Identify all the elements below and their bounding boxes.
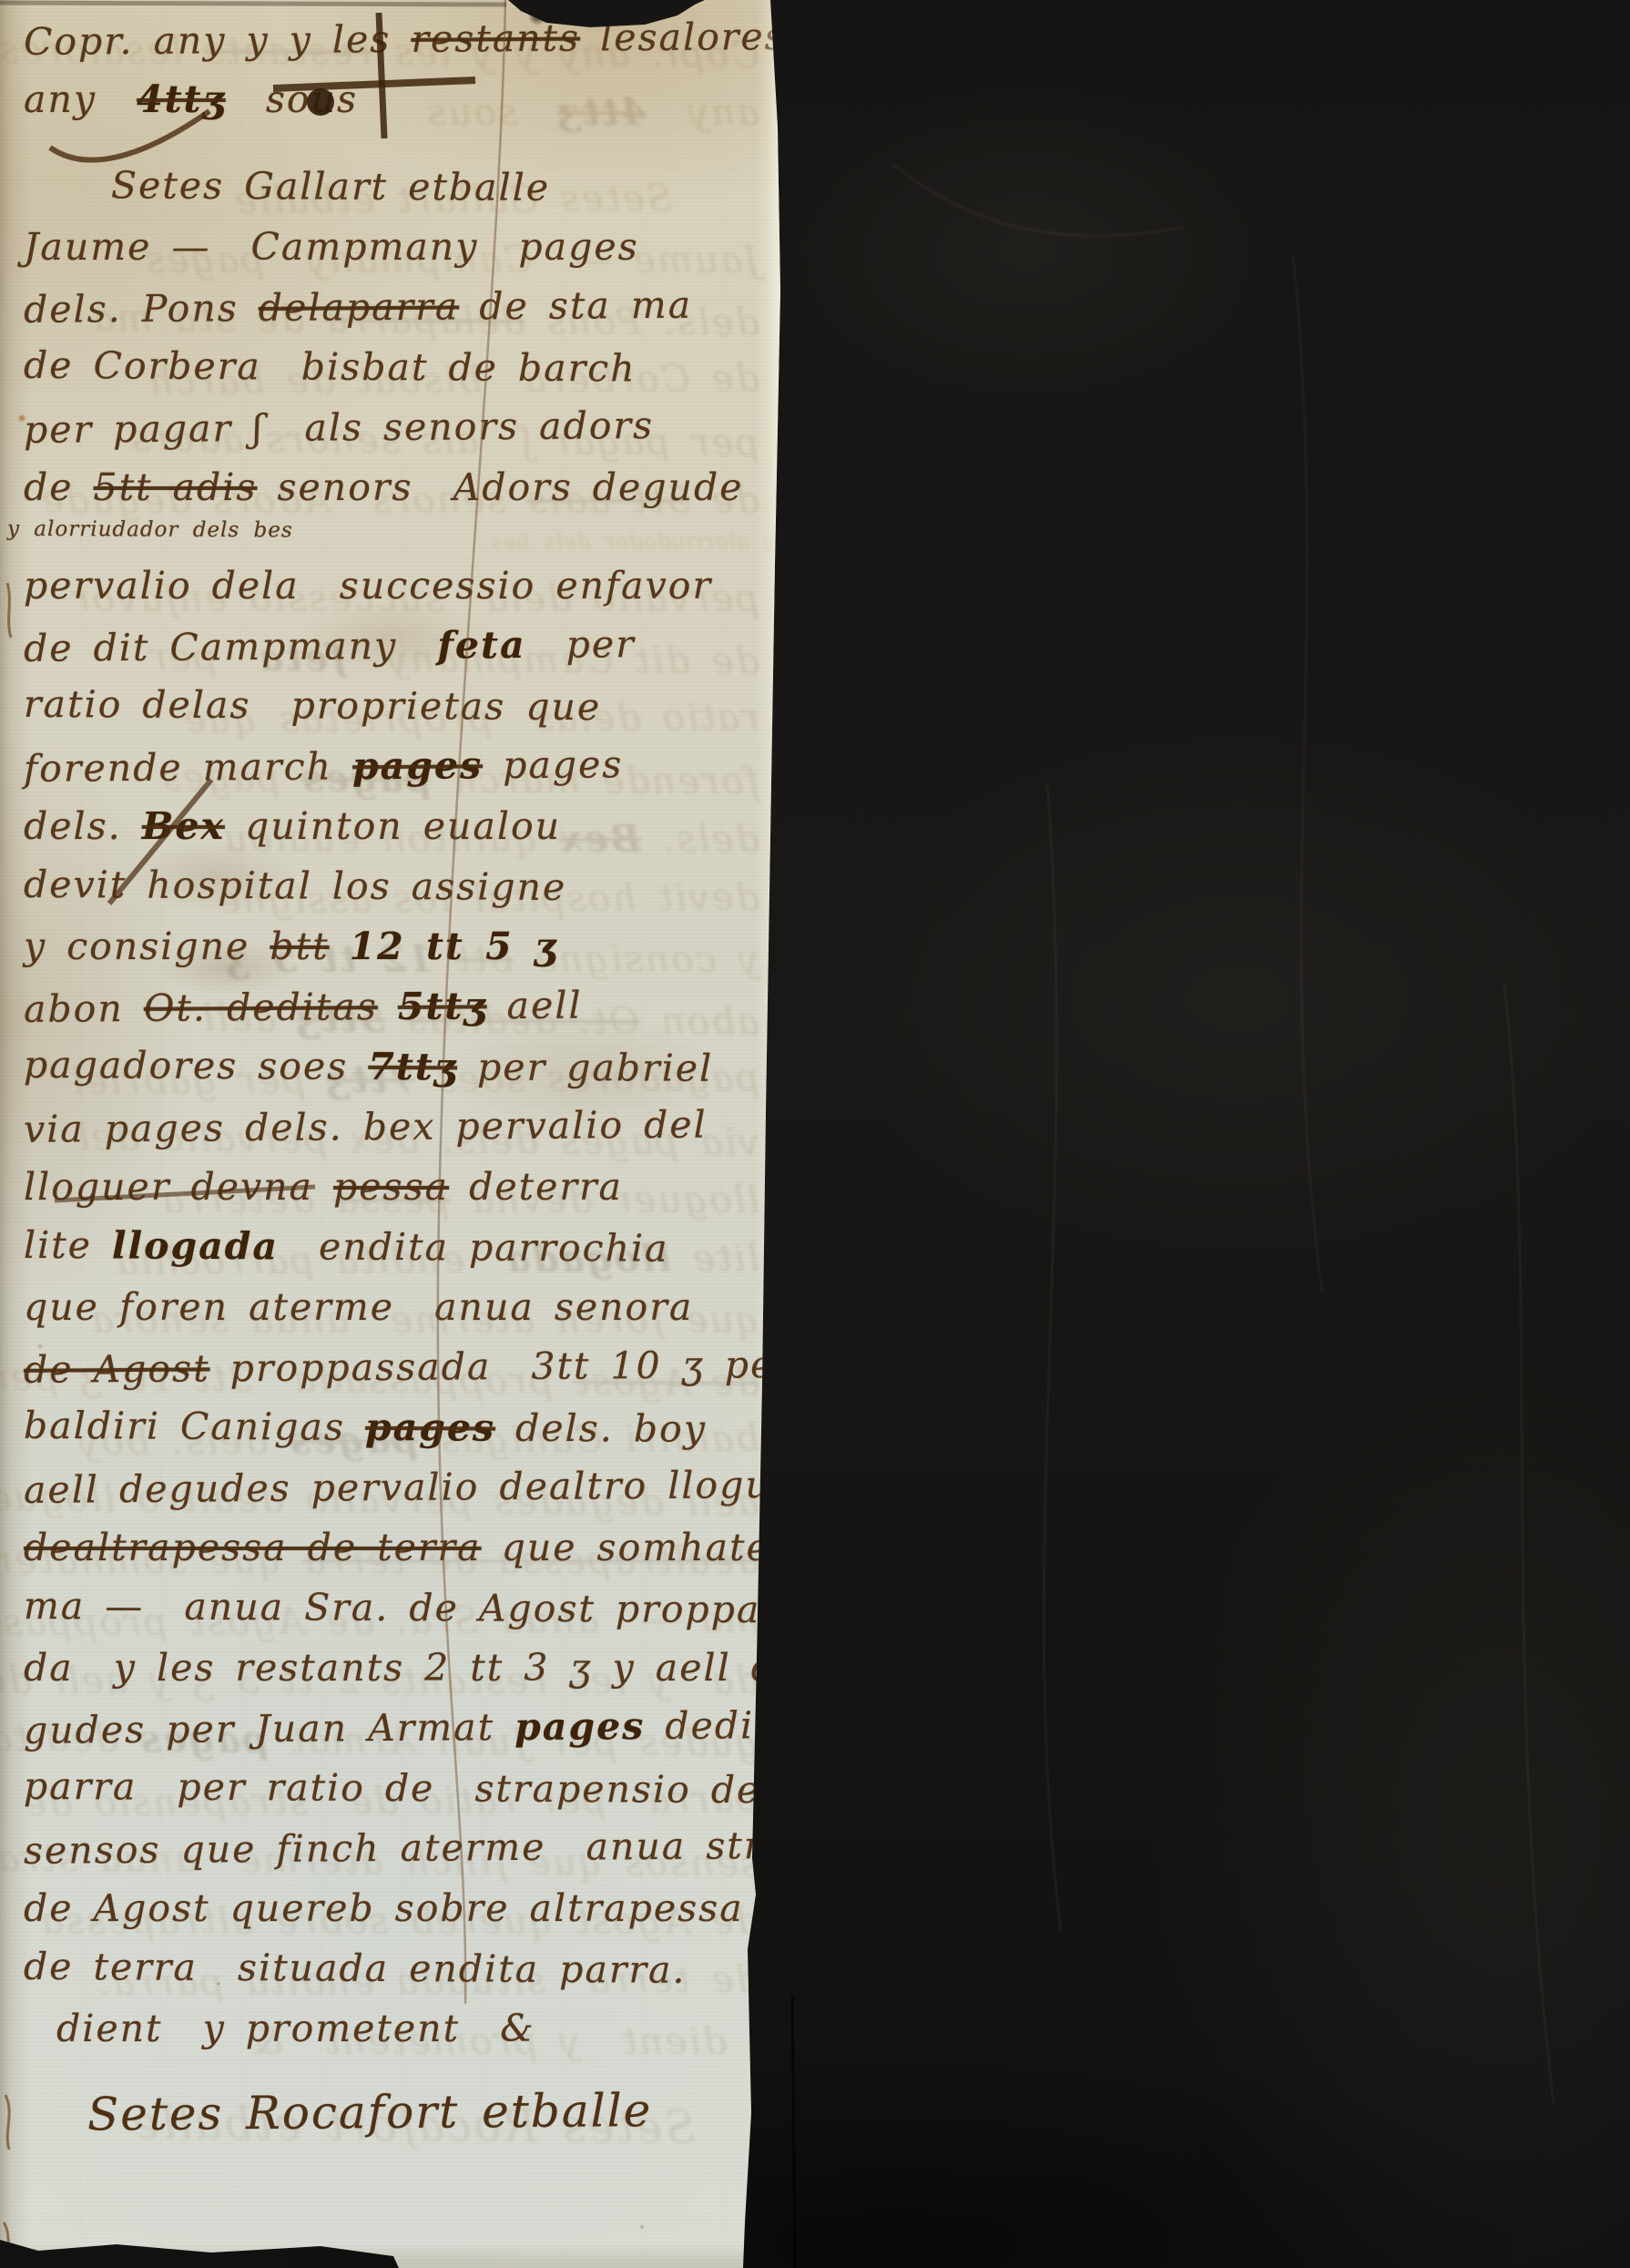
text-segment: 5tt adis <box>94 465 258 509</box>
text-segment: de terra situada endita parra. <box>24 1945 687 1992</box>
manuscript-line: y consigne btt 12 tt 5 ʒ <box>0 916 783 976</box>
manuscript-line: que foren aterme anua senora <box>0 1277 783 1337</box>
text-segment: proppassada 3tt 10 ʒ per <box>209 1343 794 1390</box>
text-segment: per gabriel <box>457 1045 713 1089</box>
text-segment: ratio delas proprietas que <box>24 682 601 729</box>
text-segment: que foren aterme anua senora <box>24 1285 693 1329</box>
manuscript-line: aell degudes pervalio dealtro lloguer <box>0 1455 783 1520</box>
manuscript-line: per pagar ʃ als senors adors <box>0 394 783 460</box>
text-segment: endita parrochia <box>279 1224 669 1270</box>
text-segment: quinton eualou <box>225 804 561 848</box>
manuscript-line: parra per ratio de strapensio de <box>0 1756 783 1821</box>
text-segment: y consigne <box>24 925 270 968</box>
manuscript-line: de Corbera bisbat de barch <box>0 335 783 400</box>
text-segment: pervalio dela successio enfavor <box>24 564 712 608</box>
text-segment: gudes per Juan Armat <box>24 1705 514 1752</box>
manuscript-line: dels. Pons delaparra de sta ma <box>0 274 783 340</box>
manuscript-line: devit hospital los assigne <box>0 854 783 919</box>
text-segment: llogada <box>112 1223 279 1268</box>
text-segment: 12 tt 5 ʒ <box>350 925 558 968</box>
text-segment: per <box>525 622 636 667</box>
text-segment: Jaume — Campmany pages <box>24 225 639 269</box>
manuscript-paper: Copr. any y y les restants lesaloresany … <box>0 0 783 2268</box>
manuscript-line: any 4ttʒ sous <box>0 69 783 129</box>
manuscript-line: dels. Bex quinton eualou <box>0 796 783 856</box>
text-segment: deterra <box>449 1165 623 1209</box>
manuscript-line: sensos que finch aterme anua stra <box>0 1815 783 1881</box>
text-segment: sensos que finch aterme anua stra <box>24 1824 788 1873</box>
manuscript-line: dient y prometent & <box>0 1998 783 2059</box>
text-segment: de sta ma <box>459 283 692 329</box>
text-segment: feta <box>437 623 526 668</box>
manuscript-line: pervalio dela successio enfavor <box>0 556 783 616</box>
manuscript-line: Jaume — Campmany pages <box>0 217 783 277</box>
text-segment: de dit Campmany <box>24 624 438 670</box>
manuscript-line: de Agost quereb sobre altrapessa <box>0 1878 783 1938</box>
text-segment: devit hospital los assigne <box>24 863 567 909</box>
text-segment: Ot. deditas <box>144 985 378 1030</box>
text-segment: via pages dels. bex pervalio del <box>24 1103 708 1151</box>
text-segment <box>378 985 398 1028</box>
text-segment: pages <box>483 742 624 787</box>
manuscript-line: gudes per Juan Armat pages dedita <box>0 1695 783 1761</box>
text-segment: Bex <box>142 804 225 848</box>
text-segment: sous <box>226 77 358 121</box>
text-segment: forende march <box>24 744 352 791</box>
text-segment: pages <box>352 743 483 788</box>
manuscript-line: de terra situada endita parra. <box>0 1936 783 2001</box>
manuscript-line: ma — anua Sra. de Agost proppassa <box>0 1576 783 1640</box>
text-segment: ma — anua Sra. de Agost proppassa <box>24 1584 827 1632</box>
manuscript-line: pagadores soes 7ttʒ per gabriel <box>0 1035 783 1099</box>
text-segment: de Agost quereb sobre altrapessa <box>24 1886 744 1930</box>
manuscript-line: de Agost proppassada 3tt 10 ʒ per <box>0 1334 783 1400</box>
manuscript-line: Setes Rocafort etballe <box>0 2072 783 2152</box>
text-segment: dels. boy <box>495 1406 707 1451</box>
text-segment: 7ttʒ <box>368 1045 457 1089</box>
text-segment: Copr. any y y les <box>24 17 412 64</box>
manuscript-line: y alorriudador dels bes <box>0 516 783 558</box>
text-segment: lloguer devna <box>24 1165 333 1209</box>
text-segment: aell degudes pervalio dealtro lloguer <box>24 1463 815 1512</box>
text-segment: aell <box>486 984 582 1028</box>
text-segment: senors Adors degude <box>257 465 743 509</box>
text-segment: dels. <box>24 804 142 848</box>
manuscript-line: ratio delas proprietas que <box>0 674 783 739</box>
manuscript-line: de dit Campmany feta per <box>0 613 783 679</box>
text-segment: que somhater <box>482 1526 790 1569</box>
text-segment: dient y prometent & <box>56 2007 535 2050</box>
text-segment: de Agost <box>24 1346 210 1391</box>
text-segment: Setes Gallart etballe <box>111 163 550 209</box>
text-segment: pages <box>365 1405 495 1450</box>
text-segment <box>330 925 350 968</box>
text-segment: da y les restants 2 tt 3 ʒ y aell de <box>24 1646 800 1690</box>
manuscript-line: lloguer devna pessa deterra <box>0 1157 783 1217</box>
handwriting-text-layer: Copr. any y y les restants lesaloresany … <box>0 0 783 2150</box>
manuscript-line: via pages dels. bex pervalio del <box>0 1094 783 1160</box>
scanned-page: { "document": { "kind": "handwritten man… <box>0 0 1630 2268</box>
manuscript-line: baldiri Canigas pages dels. boy <box>0 1395 783 1460</box>
text-segment: any <box>24 77 137 121</box>
text-segment: per pagar ʃ als senors adors <box>24 404 654 452</box>
text-segment: 5ttʒ <box>398 984 487 1028</box>
manuscript-line: Setes Gallart etballe <box>0 155 783 220</box>
text-segment: Setes Rocafort etballe <box>87 2084 653 2140</box>
manuscript-line: forende march pages pages <box>0 733 783 799</box>
manuscript-line: lite llogada endita parrochia <box>0 1215 783 1280</box>
text-segment: 4ttʒ <box>137 77 226 121</box>
text-segment: dealtrapessa de terra <box>24 1526 482 1569</box>
text-segment: delaparra <box>259 284 460 330</box>
text-segment: parra per ratio de strapensio de <box>24 1764 761 1812</box>
manuscript-line: da y les restants 2 tt 3 ʒ y aell de <box>0 1638 783 1698</box>
manuscript-line: abon Ot. deditas 5ttʒ aell <box>0 974 783 1039</box>
text-segment: dels. Pons <box>24 286 259 332</box>
text-segment: pages <box>514 1704 645 1749</box>
text-segment: pessa <box>333 1165 449 1209</box>
text-segment: abon <box>24 986 144 1031</box>
text-segment: pagadores soes <box>24 1043 369 1088</box>
text-segment: y alorriudador dels bes <box>7 517 293 543</box>
text-segment: baldiri Canigas <box>24 1404 365 1449</box>
text-segment: de <box>24 465 94 509</box>
text-segment: lite <box>24 1223 112 1268</box>
text-segment: btt <box>270 925 329 968</box>
manuscript-line: de 5tt adis senors Adors degude <box>0 457 783 517</box>
manuscript-line: dealtrapessa de terra que somhater <box>0 1517 783 1578</box>
text-segment: de Corbera bisbat de barch <box>24 343 637 391</box>
